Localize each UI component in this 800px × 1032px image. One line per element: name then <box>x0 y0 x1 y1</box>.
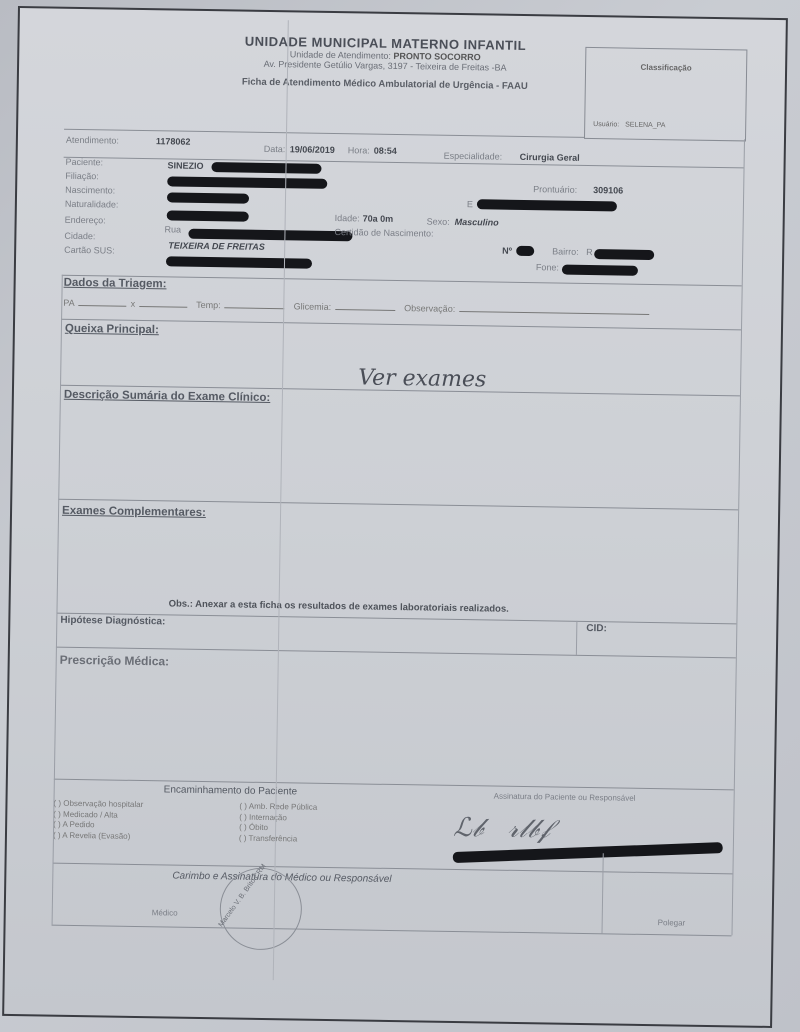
checkbox-a-revelia[interactable]: ( ) A Revelia (Evasão) <box>53 830 143 842</box>
checkbox-amb-rede-publica[interactable]: ( ) Amb. Rede Pública <box>239 802 317 814</box>
hora-label: Hora: <box>348 145 370 155</box>
queixa-title: Queixa Principal: <box>65 323 159 336</box>
sexo-label: Sexo: <box>427 216 450 226</box>
medico-label: Médico <box>152 908 178 917</box>
endereco-label: Endereço: <box>65 215 106 226</box>
redaction <box>516 246 534 256</box>
nascimento-label: Nascimento: <box>65 185 115 196</box>
glicemia-label: Glicemia: <box>294 301 332 312</box>
prontuario-value: 309106 <box>593 185 623 195</box>
bairro-label: Bairro: <box>552 246 579 256</box>
redaction <box>562 265 638 276</box>
redaction <box>166 256 312 268</box>
redaction <box>594 249 654 260</box>
numero-label: Nº <box>502 246 512 256</box>
atendimento-value: 1178062 <box>156 136 191 147</box>
cidade-label: Cidade: <box>64 231 95 241</box>
form-title: Ficha de Atendimento Médico Ambulatorial… <box>205 76 565 93</box>
divider <box>54 779 734 791</box>
patient-signature: ℒ𝒷 𝓇𝓁𝒷𝒻 <box>453 813 550 846</box>
paciente-value: SINEZIO <box>167 160 203 171</box>
checkbox-transferencia[interactable]: ( ) Transferência <box>239 833 317 845</box>
doctor-stamp: Marcelo V. B. Brito CRM <box>204 852 319 967</box>
pa-systolic-field[interactable] <box>79 297 127 307</box>
redaction <box>211 162 321 174</box>
pa-diastolic-field[interactable] <box>139 298 187 308</box>
classification-box: Classificação Usuário: SELENA_PA <box>584 47 747 142</box>
glicemia-field[interactable] <box>335 301 395 311</box>
polegar-label: Polegar <box>658 918 686 927</box>
redaction <box>167 192 249 203</box>
temp-field[interactable] <box>225 299 285 309</box>
filiacao-label: Filiação: <box>65 171 99 182</box>
atendimento-label: Atendimento: <box>66 135 119 146</box>
redaction <box>167 176 327 189</box>
pa-label: PA <box>63 298 74 308</box>
encaminhamento-options-right: ( ) Amb. Rede Pública ( ) Internação ( )… <box>239 802 317 845</box>
divider <box>52 925 732 937</box>
divider <box>64 157 744 169</box>
checkbox-obito[interactable]: ( ) Óbito <box>239 823 317 835</box>
checkbox-observacao[interactable]: ( ) Observação hospitalar <box>53 799 143 811</box>
classification-title: Classificação <box>586 62 746 74</box>
paper-sheet: UNIDADE MUNICIPAL MATERNO INFANTIL Unida… <box>2 6 788 1028</box>
idade-label: Idade: <box>335 213 360 223</box>
naturalidade-label: Naturalidade: <box>65 199 119 210</box>
triagem-fields: PAx Temp: Glicemia: Observação: <box>63 297 743 308</box>
cartao-sus-label: Cartão SUS: <box>64 245 115 256</box>
divider <box>64 129 584 138</box>
especialidade-label: Especialidade: <box>444 151 503 162</box>
redaction <box>188 229 352 242</box>
encaminhamento-options-left: ( ) Observação hospitalar ( ) Medicado /… <box>53 799 143 842</box>
data-label: Data: <box>264 144 286 154</box>
checkbox-a-pedido[interactable]: ( ) A Pedido <box>53 820 143 832</box>
certidao-label: Certidão de Nascimento: <box>334 227 433 239</box>
hora-value: 08:54 <box>374 146 397 156</box>
cid-label: CID: <box>586 623 607 634</box>
triagem-title: Dados da Triagem: <box>64 277 167 291</box>
redaction <box>477 199 617 211</box>
divider <box>53 863 733 875</box>
border-right <box>731 139 745 935</box>
divider <box>576 621 578 655</box>
form-header: UNIDADE MUNICIPAL MATERNO INFANTIL Unida… <box>205 33 566 93</box>
e-label: E <box>467 199 473 209</box>
prontuario-label: Prontuário: <box>533 184 577 195</box>
exames-note: Obs.: Anexar a esta ficha os resultados … <box>169 598 509 614</box>
idade-value: 70a 0m <box>363 213 394 223</box>
handwritten-queixa: Ver exames <box>358 365 487 392</box>
user-field: Usuário: SELENA_PA <box>593 121 665 129</box>
paciente-label: Paciente: <box>65 157 103 168</box>
divider <box>61 319 741 331</box>
cidade-value: TEIXEIRA DE FREITAS <box>168 240 265 252</box>
endereco-prefix: Rua <box>164 224 181 234</box>
fone-label: Fone: <box>536 262 559 272</box>
exame-clinico-title: Descrição Sumária do Exame Clínico: <box>64 389 271 404</box>
observacao-label: Observação: <box>404 303 455 314</box>
data-value: 19/06/2019 <box>290 144 335 155</box>
medical-form: UNIDADE MUNICIPAL MATERNO INFANTIL Unida… <box>51 17 756 988</box>
prescricao-title: Prescrição Médica: <box>60 653 170 669</box>
exames-complementares-title: Exames Complementares: <box>62 505 206 519</box>
especialidade-value: Cirurgia Geral <box>520 152 580 163</box>
patient-signature-label: Assinatura do Paciente ou Responsável <box>494 792 636 803</box>
diagnostico-title: Hipótese Diagnóstica: <box>60 615 165 628</box>
sexo-value: Masculino <box>455 217 499 228</box>
encaminhamento-title: Encaminhamento do Paciente <box>164 784 298 797</box>
bairro-prefix: R <box>586 247 593 257</box>
temp-label: Temp: <box>196 300 221 310</box>
redaction <box>167 210 249 221</box>
observacao-field[interactable] <box>459 303 649 315</box>
divider <box>602 853 604 933</box>
redaction <box>453 842 723 863</box>
